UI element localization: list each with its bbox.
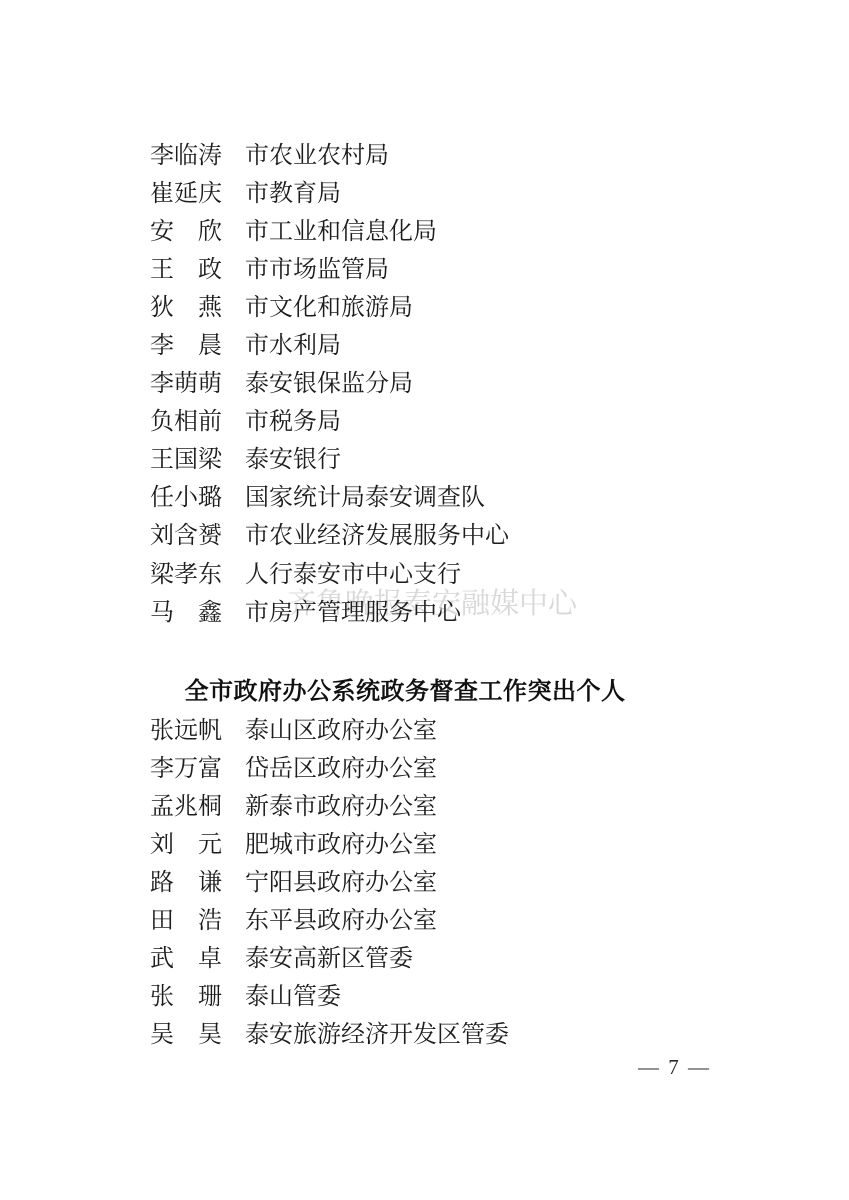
person-name: 李 晨 xyxy=(150,325,222,360)
document-page: 齐鲁晚报泰安融媒中心 李临涛 市农业农村局 崔延庆 市教育局 安 欣 市工业和信… xyxy=(0,0,849,1200)
person-organization: 泰安高新区管委 xyxy=(245,938,413,973)
person-name: 张远帆 xyxy=(150,710,222,745)
person-organization: 市教育局 xyxy=(245,173,341,208)
person-name: 狄 燕 xyxy=(150,287,222,322)
page-number: — 7 — xyxy=(638,1055,711,1080)
person-name: 负相前 xyxy=(150,401,222,436)
list-item: 李万富 岱岳区政府办公室 xyxy=(150,746,509,784)
list-item: 王国梁 泰安银行 xyxy=(150,438,509,476)
list-item: 吴 昊 泰安旅游经济开发区管委 xyxy=(150,1013,509,1051)
person-organization: 国家统计局泰安调查队 xyxy=(245,477,485,512)
person-name: 安 欣 xyxy=(150,211,222,246)
person-organization: 人行泰安市中心支行 xyxy=(245,554,461,589)
person-organization: 市房产管理服务中心 xyxy=(245,592,461,627)
person-name: 李萌萌 xyxy=(150,363,222,398)
person-name: 马 鑫 xyxy=(150,592,222,627)
person-organization: 泰安银保监分局 xyxy=(245,363,413,398)
list-item: 负相前 市税务局 xyxy=(150,400,509,438)
person-organization: 肥城市政府办公室 xyxy=(245,824,437,859)
person-name: 李临涛 xyxy=(150,135,222,170)
list-item: 梁孝东 人行泰安市中心支行 xyxy=(150,552,509,590)
person-organization: 泰山区政府办公室 xyxy=(245,710,437,745)
list-item: 崔延庆 市教育局 xyxy=(150,171,509,209)
person-organization: 市水利局 xyxy=(245,325,341,360)
person-organization: 泰山管委 xyxy=(245,976,341,1011)
list-item: 安 欣 市工业和信息化局 xyxy=(150,209,509,247)
person-organization: 泰安旅游经济开发区管委 xyxy=(245,1014,509,1049)
person-name: 刘 元 xyxy=(150,824,222,859)
person-name: 吴 昊 xyxy=(150,1014,222,1049)
list-item: 王 政 市市场监管局 xyxy=(150,247,509,285)
list-item: 田 浩 东平县政府办公室 xyxy=(150,898,509,936)
section2-title: 全市政府办公系统政务督查工作突出个人 xyxy=(0,671,810,706)
list-item: 孟兆桐 新泰市政府办公室 xyxy=(150,784,509,822)
list-item: 张 珊 泰山管委 xyxy=(150,975,509,1013)
list-item: 李临涛 市农业农村局 xyxy=(150,133,509,171)
person-name: 田 浩 xyxy=(150,900,222,935)
person-name: 任小璐 xyxy=(150,477,222,512)
roster-list-section1: 李临涛 市农业农村局 崔延庆 市教育局 安 欣 市工业和信息化局 王 政 市市场… xyxy=(150,133,509,628)
person-name: 王国梁 xyxy=(150,439,222,474)
person-name: 刘含赟 xyxy=(150,515,222,550)
person-organization: 市文化和旅游局 xyxy=(245,287,413,322)
person-name: 孟兆桐 xyxy=(150,786,222,821)
person-name: 武 卓 xyxy=(150,938,222,973)
list-item: 狄 燕 市文化和旅游局 xyxy=(150,285,509,323)
person-organization: 泰安银行 xyxy=(245,439,341,474)
person-organization: 宁阳县政府办公室 xyxy=(245,862,437,897)
roster-list-section2: 张远帆 泰山区政府办公室 李万富 岱岳区政府办公室 孟兆桐 新泰市政府办公室 刘… xyxy=(150,708,509,1051)
person-organization: 市税务局 xyxy=(245,401,341,436)
person-name: 梁孝东 xyxy=(150,554,222,589)
list-item: 任小璐 国家统计局泰安调查队 xyxy=(150,476,509,514)
person-organization: 市市场监管局 xyxy=(245,249,389,284)
list-item: 刘 元 肥城市政府办公室 xyxy=(150,822,509,860)
person-name: 张 珊 xyxy=(150,976,222,1011)
person-organization: 东平县政府办公室 xyxy=(245,900,437,935)
person-name: 王 政 xyxy=(150,249,222,284)
person-organization: 岱岳区政府办公室 xyxy=(245,748,437,783)
person-name: 李万富 xyxy=(150,748,222,783)
person-name: 路 谦 xyxy=(150,862,222,897)
person-name: 崔延庆 xyxy=(150,173,222,208)
list-item: 李萌萌 泰安银保监分局 xyxy=(150,362,509,400)
list-item: 武 卓 泰安高新区管委 xyxy=(150,937,509,975)
list-item: 马 鑫 市房产管理服务中心 xyxy=(150,590,509,628)
person-organization: 新泰市政府办公室 xyxy=(245,786,437,821)
list-item: 路 谦 宁阳县政府办公室 xyxy=(150,860,509,898)
person-organization: 市工业和信息化局 xyxy=(245,211,437,246)
person-organization: 市农业农村局 xyxy=(245,135,389,170)
list-item: 李 晨 市水利局 xyxy=(150,323,509,361)
list-item: 刘含赟 市农业经济发展服务中心 xyxy=(150,514,509,552)
person-organization: 市农业经济发展服务中心 xyxy=(245,515,509,550)
list-item: 张远帆 泰山区政府办公室 xyxy=(150,708,509,746)
